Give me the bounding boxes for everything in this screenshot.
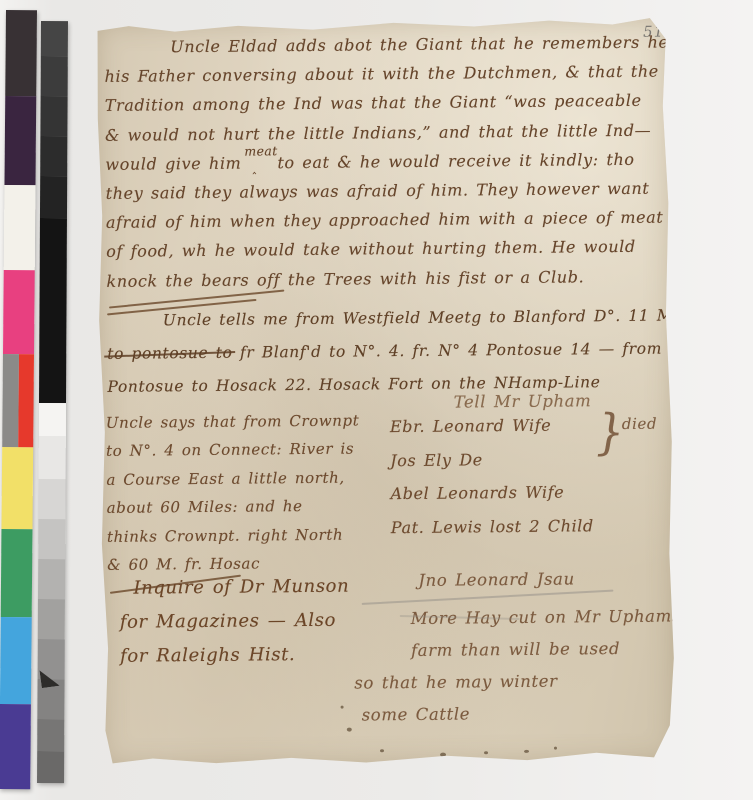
manuscript-line: so that he may winter <box>354 670 681 705</box>
grayscale-band <box>40 136 67 176</box>
calibration-patch <box>4 96 36 185</box>
ink-stain <box>347 728 352 732</box>
manuscript-line: some Cattle <box>362 702 682 737</box>
grayscale-band <box>40 176 67 218</box>
manuscript-line-with-strikethrough: to pontosue to fr Blanf'd to N°. 4. fr. … <box>107 340 663 378</box>
inquire-note: Inquire of Dr Munson for Magazines — Als… <box>119 575 420 680</box>
ink-stain <box>440 753 446 757</box>
line-text: fr Blanf'd to N°. 4. fr. N° 4 Pontosue 1… <box>232 340 662 362</box>
manuscript-line: for Magazines — Also <box>120 609 420 646</box>
calibration-patch <box>5 10 37 96</box>
calibration-patch <box>4 185 36 270</box>
paragraph-giant: Uncle Eldad adds abot the Giant that he … <box>104 33 662 301</box>
grayscale-band <box>39 403 66 436</box>
ink-stain <box>554 747 557 750</box>
manuscript-scan: 51 Uncle Eldad adds abot the Giant that … <box>0 0 753 800</box>
manuscript-line: Uncle tells me from Westfield Meetg to B… <box>107 307 663 345</box>
grayscale-band <box>38 479 65 519</box>
manuscript-line: More Hay cut on Mr Uphams <box>411 606 681 641</box>
manuscript-page: 51 Uncle Eldad adds abot the Giant that … <box>94 16 677 767</box>
grayscale-band <box>38 559 65 599</box>
calibration-patch <box>1 529 33 617</box>
color-calibration-strip <box>0 10 37 789</box>
struck-text: to pontosue to <box>107 344 232 363</box>
manuscript-line: a Course East a little north, <box>106 468 376 499</box>
caret-mark: ‸ <box>252 161 256 174</box>
calibration-patch-half <box>2 354 18 447</box>
ink-stain <box>484 751 488 754</box>
grayscale-band <box>41 21 68 56</box>
insertion-text: meat <box>244 143 277 158</box>
grayscale-band <box>37 719 64 751</box>
line-text: to eat & he would receive it kindly: tho <box>277 150 634 172</box>
ink-stain <box>524 750 529 753</box>
manuscript-line: about 60 Miles: and he <box>107 496 377 527</box>
grayscale-band <box>41 56 68 96</box>
list-item: Abel Leonards Wife <box>390 482 660 518</box>
calibration-patch-half <box>18 354 34 447</box>
grayscale-band <box>39 436 66 479</box>
grayscale-strip <box>37 21 68 783</box>
inserted-word: meat‸ <box>241 158 277 168</box>
grayscale-band <box>38 599 65 639</box>
calibration-patch <box>0 617 32 704</box>
grayscale-band <box>39 218 67 403</box>
grayscale-band <box>38 519 65 559</box>
manuscript-line: knock the bears off the Trees with his f… <box>106 266 662 301</box>
list-item: Pat. Lewis lost 2 Child <box>391 515 661 551</box>
calibration-patch <box>2 354 34 447</box>
calibration-patch <box>0 704 31 789</box>
manuscript-line: farm than will be used <box>411 638 681 673</box>
line-text: would give him <box>105 153 241 173</box>
calibration-patch <box>1 447 33 529</box>
manuscript-line: to N°. 4 on Connect: River is <box>106 440 376 471</box>
manuscript-line: Inquire of Dr Munson <box>119 575 419 612</box>
grayscale-band <box>37 751 64 783</box>
grayscale-band <box>40 96 67 136</box>
brace-mark: } <box>596 404 625 460</box>
manuscript-line: thinks Crownpt. right North <box>107 525 377 556</box>
brace-label: died <box>622 415 657 433</box>
manuscript-line: Uncle says that from Crownpt <box>106 411 376 442</box>
calibration-patch <box>3 270 35 354</box>
upham-note-header: Tell Mr Upham <box>454 391 592 411</box>
route-note: Uncle says that from Crownpt to N°. 4 on… <box>106 411 378 584</box>
ink-stain <box>380 749 384 752</box>
ink-stain <box>341 706 344 709</box>
